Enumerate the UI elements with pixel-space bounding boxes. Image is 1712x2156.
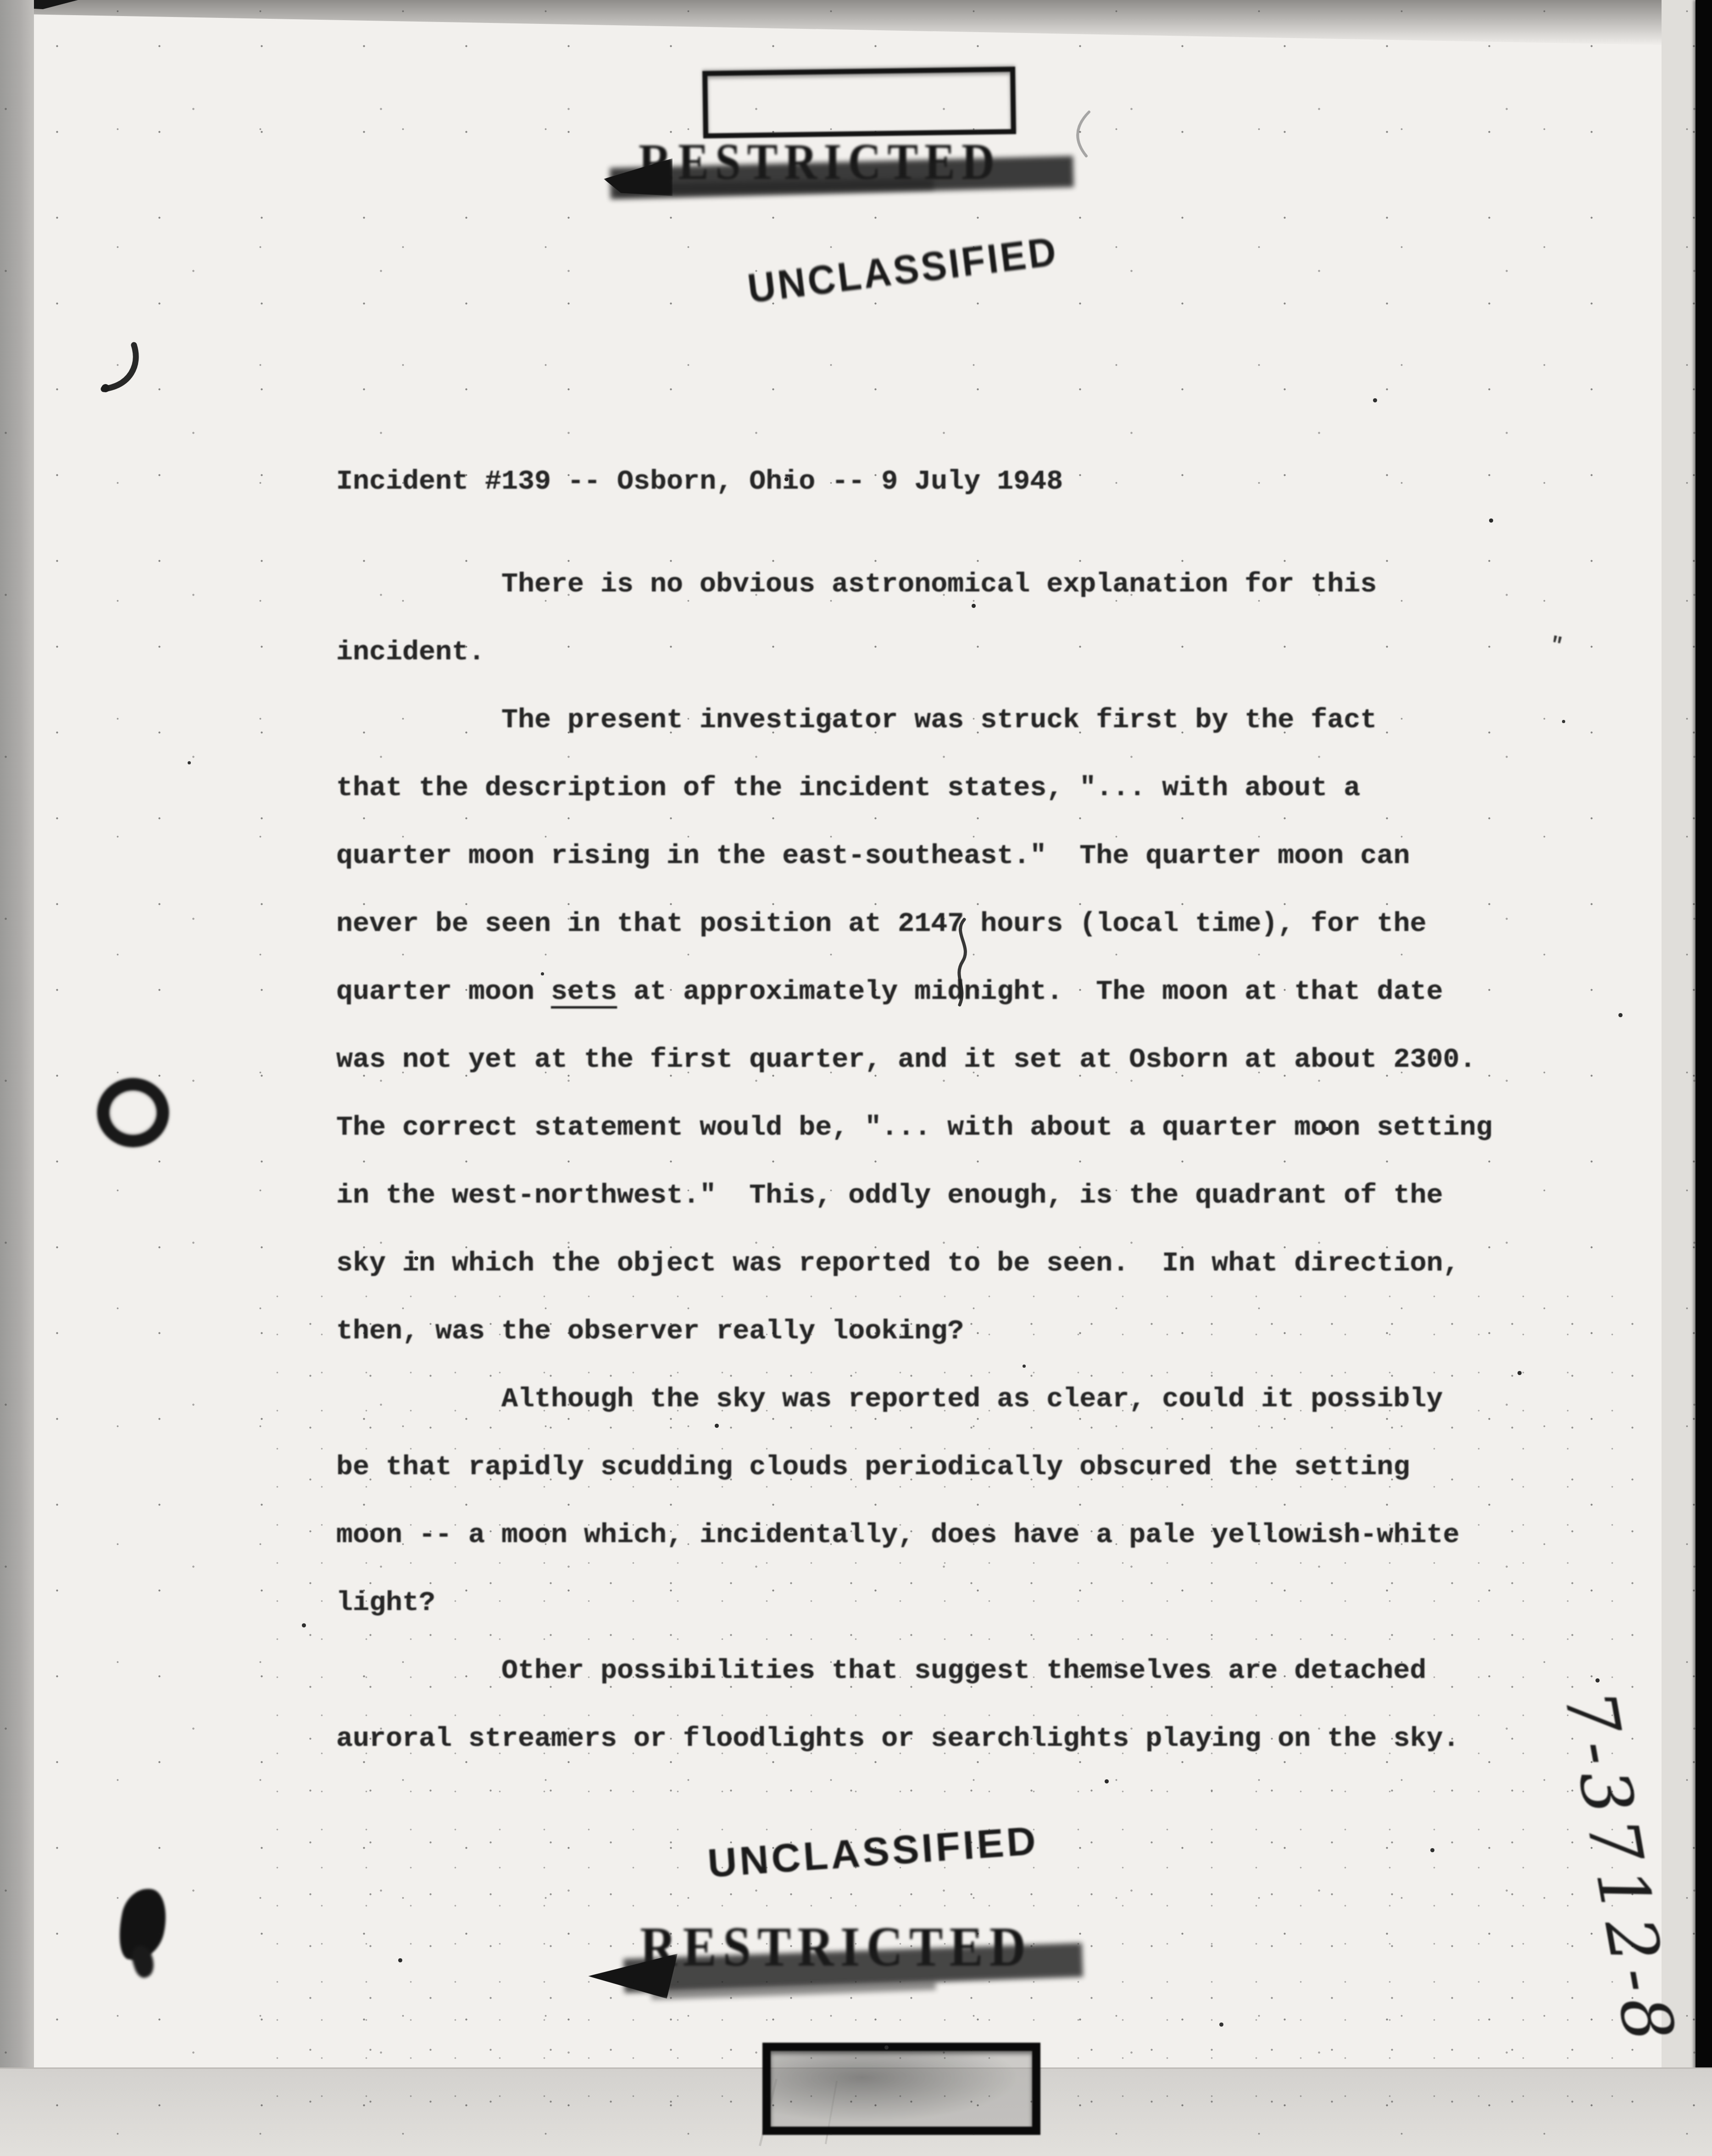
- underlined-word: sets: [551, 976, 617, 1008]
- line-text: was not yet at the first quarter, and it…: [336, 1044, 1476, 1075]
- stray-quote-mark: ": [1547, 633, 1565, 659]
- line-text: Other possibilities that suggest themsel…: [501, 1655, 1426, 1687]
- document-title: Incident #139 -- Osborn, Ohio -- 9 July …: [336, 466, 1063, 497]
- text-line: The correct statement would be, "... wit…: [336, 1112, 1492, 1143]
- text-line: moon -- a moon which, incidentally, does…: [336, 1520, 1459, 1551]
- stamp-filled-box-bottom: [762, 2043, 1040, 2135]
- text-line: then, was the observer really looking?: [336, 1316, 964, 1347]
- line-text: moon -- a moon which, incidentally, does…: [336, 1520, 1459, 1551]
- handwritten-squiggle-mark: [949, 918, 976, 1009]
- text-line: light?: [336, 1588, 435, 1619]
- line-text: at approximately midnight. The moon at t…: [617, 976, 1443, 1008]
- line-text: The correct statement would be, "... wit…: [336, 1112, 1492, 1143]
- text-line: in the west-northwest." This, oddly enou…: [336, 1180, 1443, 1211]
- restricted-stamp-top: RESTRICTED: [610, 135, 1060, 204]
- line-text: then, was the observer really looking?: [336, 1316, 964, 1347]
- text-line: Although the sky was reported as clear, …: [501, 1384, 1443, 1415]
- scanned-document: { "stamps": { "top_restricted": "RESTRIC…: [0, 0, 1712, 2156]
- dust-flecks: [0, 0, 2, 2]
- text-line: that the description of the incident sta…: [336, 773, 1360, 804]
- stray-hook-mark: [98, 340, 142, 399]
- scan-edge-right-bar: [1695, 0, 1712, 2156]
- text-line: Other possibilities that suggest themsel…: [501, 1655, 1426, 1687]
- unclassified-stamp-bottom: UNCLASSIFIED: [706, 1817, 1040, 1887]
- text-line: incident.: [336, 637, 485, 668]
- line-text: never be seen in that position at 2147 h…: [336, 908, 1426, 940]
- text-line: auroral streamers or floodlights or sear…: [336, 1723, 1459, 1755]
- text-line: was not yet at the first quarter, and it…: [336, 1044, 1476, 1075]
- line-text: light?: [336, 1588, 435, 1619]
- line-text: auroral streamers or floodlights or sear…: [336, 1723, 1459, 1755]
- text-line: The present investigator was struck firs…: [501, 705, 1377, 736]
- text-line: quarter moon rising in the east-southeas…: [336, 841, 1410, 872]
- line-text: in the west-northwest." This, oddly enou…: [336, 1180, 1443, 1211]
- ink-ring-blob: [97, 1078, 169, 1147]
- scan-edge-top: [0, 0, 1712, 46]
- stray-paren-mark: [1069, 109, 1096, 160]
- line-text: Although the sky was reported as clear, …: [501, 1384, 1443, 1415]
- text-line: be that rapidly scudding clouds periodic…: [336, 1452, 1410, 1483]
- line-text: sky in which the object was reported to …: [336, 1248, 1459, 1279]
- line-text: quarter moon: [336, 976, 551, 1008]
- line-text: There is no obvious astronomical explana…: [501, 569, 1377, 600]
- line-text: be that rapidly scudding clouds periodic…: [336, 1452, 1410, 1483]
- restricted-stamp-bottom: RESTRICTED: [596, 1918, 1119, 2014]
- unclassified-stamp-top: UNCLASSIFIED: [745, 228, 1061, 312]
- line-text: quarter moon rising in the east-southeas…: [336, 841, 1410, 872]
- line-text: The present investigator was struck firs…: [501, 705, 1377, 736]
- text-line: quarter moon sets at approximately midni…: [336, 976, 1443, 1008]
- line-text: incident.: [336, 637, 485, 668]
- text-line: There is no obvious astronomical explana…: [501, 569, 1377, 600]
- stamp-outline-box-top: [702, 67, 1016, 139]
- text-line: never be seen in that position at 2147 h…: [336, 908, 1426, 940]
- text-line: sky in which the object was reported to …: [336, 1248, 1459, 1279]
- scan-edge-left: [0, 0, 34, 2156]
- scan-edge-right-shade: [1662, 0, 1695, 2156]
- line-text: that the description of the incident sta…: [336, 773, 1360, 804]
